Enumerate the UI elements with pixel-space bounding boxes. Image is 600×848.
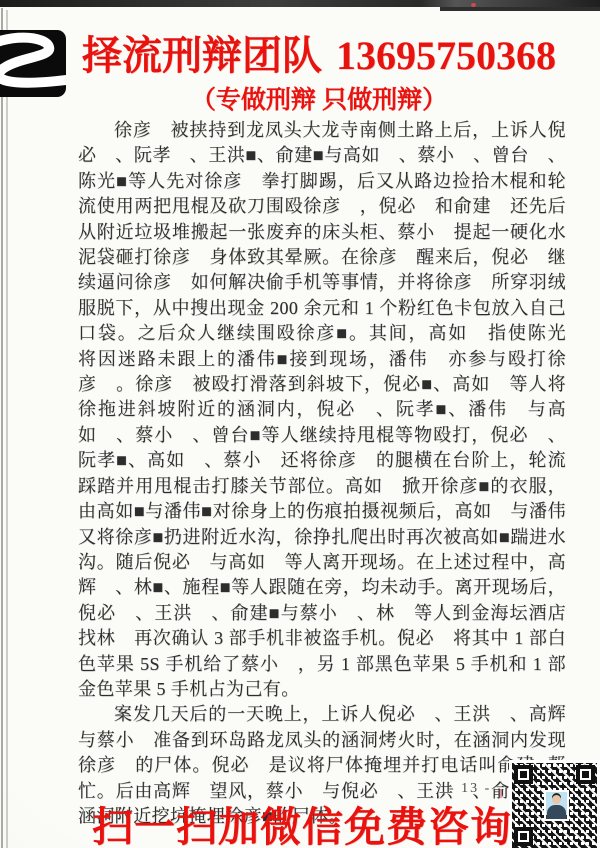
- scan-edge-left-light: [6, 10, 8, 848]
- scan-edge-top-right: [440, 7, 600, 11]
- footer-cta-text: 扫一扫加微信免费咨询: [92, 794, 512, 848]
- scanned-document-page: 择流刑辩团队13695750368 （专做刑辩 只做刑辩） 徐彦 被挟持到龙凤头…: [0, 0, 600, 848]
- wechat-qr-code-icon: [512, 763, 597, 848]
- qr-finder-top-right: [576, 765, 595, 784]
- paragraph-1: 徐彦 被挟持到龙凤头大龙寺南侧土路上后，上诉人倪必 、阮孝 、王洪■、俞建■与高…: [78, 118, 566, 702]
- scan-speck-red: [471, 3, 476, 7]
- document-body: 徐彦 被挟持到龙凤头大龙寺南侧土路上后，上诉人倪必 、阮孝 、王洪■、俞建■与高…: [78, 118, 566, 829]
- qr-avatar-label: [546, 815, 567, 819]
- qr-finder-bottom-left: [514, 827, 533, 846]
- phone-number: 13695750368: [336, 33, 556, 78]
- header-title: 择流刑辩团队13695750368: [68, 32, 570, 79]
- qr-finder-top-left: [514, 765, 533, 784]
- scan-edge-top: [0, 0, 600, 7]
- header-subtitle: （专做刑辩 只做刑辩）: [68, 80, 570, 116]
- zeliu-swirl-logo-icon: [0, 30, 66, 97]
- brand-name: 择流刑辩团队: [82, 33, 322, 78]
- scan-edge-left-dark: [1, 8, 3, 848]
- qr-center-avatar: [544, 790, 569, 821]
